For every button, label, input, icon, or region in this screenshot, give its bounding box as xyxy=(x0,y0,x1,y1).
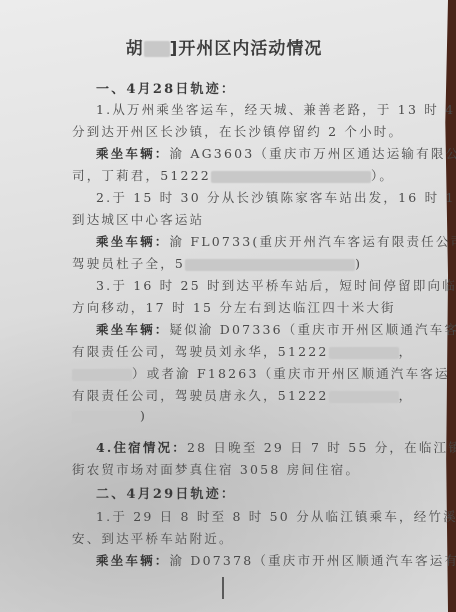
vehicle-1-text: 渝 AG3603（重庆市万州区通达运输有限公 xyxy=(170,146,456,161)
vehicle-3-alt-comma: ， xyxy=(399,388,414,403)
vehicle-3-line-4: 有限责任公司，驾驶员唐永久，51222， xyxy=(72,386,413,404)
vehicle-3-close: ) xyxy=(140,408,147,423)
item-2-line-1: 2.于 15 时 30 分从长沙镇陈家客车站出发，16 时 13 分 xyxy=(96,188,456,206)
vehicle-4-line-1: 乘坐车辆：渝 D07378（重庆市开州区顺通汽车客运有限 xyxy=(96,551,456,569)
vehicle-label: 乘坐车辆： xyxy=(96,553,170,568)
vehicle-1-line-1: 乘坐车辆：渝 AG3603（重庆市万州区通达运输有限公 xyxy=(96,144,456,162)
section-heading-apr29: 二、4月29日轨迹： xyxy=(96,483,236,502)
vehicle-label: 乘坐车辆： xyxy=(96,146,170,161)
vehicle-3-text: 疑似渝 D07336（重庆市开州区顺通汽车客运 xyxy=(170,322,456,337)
lodging-line-1: 4.住宿情况：28 日晚至 29 日 7 时 55 分，在临江镇大兴 xyxy=(96,438,456,456)
lodging-text: 28 日晚至 29 日 7 时 55 分，在临江镇大兴 xyxy=(187,440,456,455)
redacted-phone xyxy=(72,411,140,423)
vehicle-3-line-2: 有限责任公司，驾驶员刘永华，51222， xyxy=(72,342,413,360)
vehicle-2-line-1: 乘坐车辆：渝 FL0733(重庆开州汽车客运有限责任公司， xyxy=(96,232,456,250)
vehicle-3-alt: ）或者渝 F18263（重庆市开州区顺通汽车客运 xyxy=(132,366,450,381)
redacted-id xyxy=(185,259,355,271)
vehicle-1-driver: 司，丁莉君，51222 xyxy=(72,168,211,183)
vehicle-3-driver: 有限责任公司，驾驶员刘永华，51222 xyxy=(72,344,329,359)
vehicle-1-close: ）。 xyxy=(371,168,394,183)
redacted-id xyxy=(211,171,371,183)
redacted-id xyxy=(329,347,399,359)
vehicle-4-text: 渝 D07378（重庆市开州区顺通汽车客运有限 xyxy=(170,553,456,568)
vehicle-1-line-2: 司，丁莉君，51222）。 xyxy=(72,166,394,184)
redacted-phone xyxy=(72,369,132,381)
vehicle-label: 乘坐车辆： xyxy=(96,322,170,337)
item-3-line-1: 3.于 16 时 25 时到达平桥车站后，短时间停留即向临江 xyxy=(96,276,456,294)
item-3-line-2: 方向移动，17 时 15 分左右到达临江四十米大街 xyxy=(72,298,396,316)
item-2-1-line-2: 安、到达平桥车站附近。 xyxy=(72,529,234,547)
title-suffix: ]开州区内活动情况 xyxy=(170,39,323,59)
item-2-1-line-1: 1.于 29 日 8 时至 8 时 50 分从临江镇乘车，经竹溪、镇 xyxy=(96,507,456,525)
vehicle-2-close: ) xyxy=(355,256,362,271)
vehicle-2-driver: 驾驶员杜子全，5 xyxy=(72,256,185,271)
section-heading-apr28: 一、4月28日轨迹： xyxy=(96,78,236,97)
lodging-line-2: 街农贸市场对面梦真住宿 3058 房间住宿。 xyxy=(72,460,360,478)
lodging-label: 4.住宿情况： xyxy=(96,440,187,455)
document-title: 胡]开州区内活动情况 xyxy=(0,34,448,59)
item-1-line-1: 1.从万州乘坐客运车，经天城、兼善老路，于 13 时 45 xyxy=(96,100,456,118)
item-2-line-2: 到达城区中心客运站 xyxy=(72,210,204,228)
vehicle-3-line-1: 乘坐车辆：疑似渝 D07336（重庆市开州区顺通汽车客运 xyxy=(96,320,456,338)
title-prefix: 胡 xyxy=(126,39,144,59)
vehicle-3-line-5: ) xyxy=(72,408,147,423)
redacted-name xyxy=(144,41,170,57)
vehicle-label: 乘坐车辆： xyxy=(96,234,170,249)
vehicle-2-text: 渝 FL0733(重庆开州汽车客运有限责任公司， xyxy=(170,234,456,249)
vehicle-3-comma: ， xyxy=(399,344,414,359)
vehicle-2-line-2: 驾驶员杜子全，5) xyxy=(72,254,362,272)
pen-mark xyxy=(222,577,224,599)
redacted-id xyxy=(329,391,399,403)
vehicle-3-alt-driver: 有限责任公司，驾驶员唐永久，51222 xyxy=(72,388,329,403)
item-1-line-2: 分到达开州区长沙镇，在长沙镇停留约 2 个小时。 xyxy=(72,122,403,140)
vehicle-3-line-3: ）或者渝 F18263（重庆市开州区顺通汽车客运 xyxy=(72,364,450,382)
